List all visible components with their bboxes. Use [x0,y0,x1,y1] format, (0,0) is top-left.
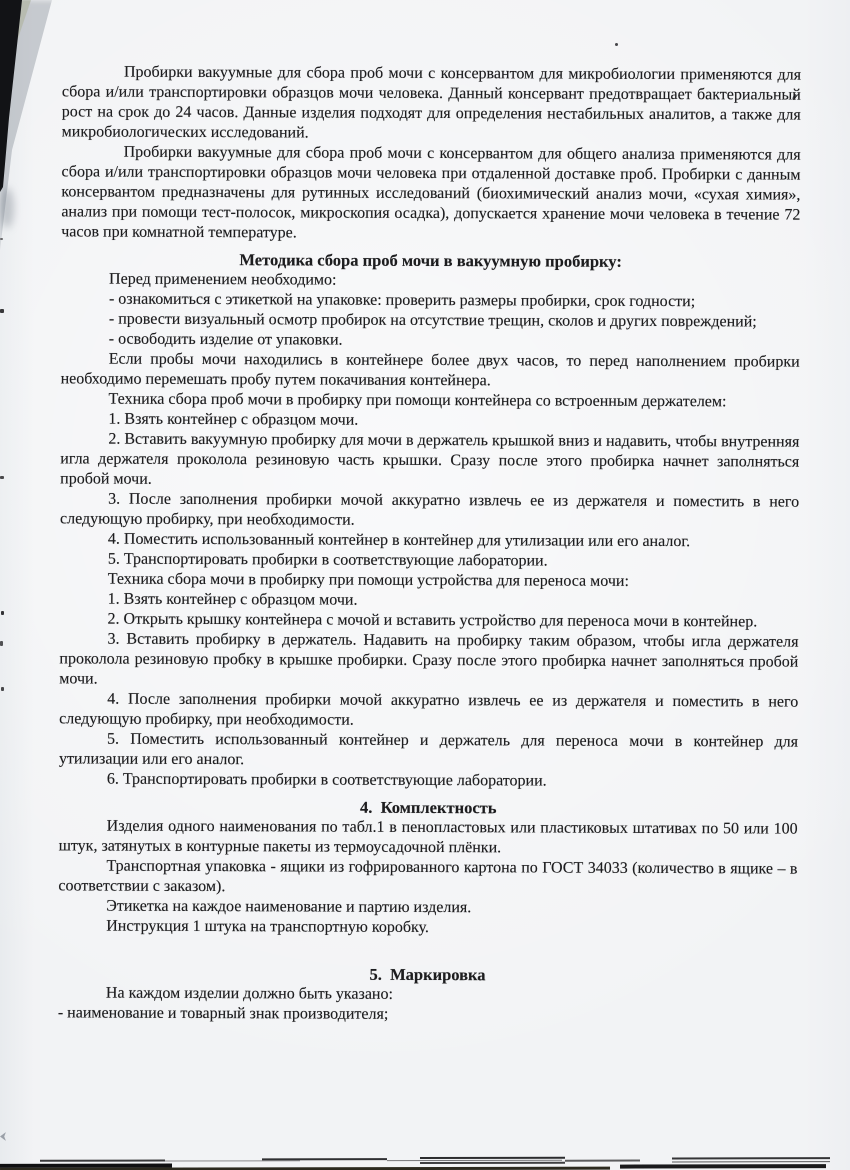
paragraph: Инструкция 1 штука на транспортную короб… [58,916,797,939]
ink-speck [0,641,3,646]
scan-line-fragment [165,1160,300,1161]
ink-speck [1,611,4,615]
ink-speck [0,238,3,240]
page-corner-smudge [0,188,14,228]
paragraph: Изделия одного наименования по табл.1 в … [59,816,798,859]
scan-line-fragment [420,1157,565,1159]
scan-line-fragment [0,1167,610,1170]
paragraph: Пробирки вакуумные для сбора проб мочи с… [62,62,801,145]
scan-line-fragment [565,1160,640,1162]
list-item-number: 4. После заполнения пробирки мочой аккур… [59,689,798,732]
document-body: Пробирки вакуумные для сбора проб мочи с… [58,62,801,1026]
ink-speck [1,687,4,691]
paragraph: Если пробы мочи находились в контейнере … [61,349,800,392]
bottom-scan-edge [0,1149,850,1170]
list-item-number: 6. Транспортировать пробирки в соответст… [59,769,798,792]
scan-line-fragment [672,1157,830,1159]
scan-line-fragment [420,1162,565,1164]
ink-speck [0,309,4,313]
scan-line-fragment [672,1161,830,1162]
page-corner-shadow-soft [0,0,60,260]
list-item-number: 5. Поместить использованный контейнер и … [59,729,798,772]
paragraph: Пробирки вакуумные для сбора проб мочи с… [61,142,800,245]
list-item-number: 3. Вставить пробирку в держатель. Надави… [59,629,798,692]
paragraph: Транспортная упаковка - ящики из гофриро… [58,856,797,899]
page-corner-shadow [0,0,34,192]
scanned-page: Пробирки вакуумные для сбора проб мочи с… [0,0,850,1170]
scan-line-fragment [0,1164,172,1168]
scan-line-fragment [620,1164,826,1168]
ink-speck [0,1132,6,1141]
scan-line-fragment [262,1158,387,1160]
page-corner-sliver [0,0,34,70]
list-item-number: 3. После заполнения пробирки мочой аккур… [60,489,799,532]
list-item-number: 2. Вставить вакуумную пробирку для мочи … [60,429,799,492]
list-item-dash: - наименование и товарный знак производи… [58,1003,797,1026]
scan-line-fragment [40,1160,165,1162]
ink-speck [0,476,4,479]
scan-line-fragment [387,1160,562,1161]
ink-speck [615,43,618,46]
